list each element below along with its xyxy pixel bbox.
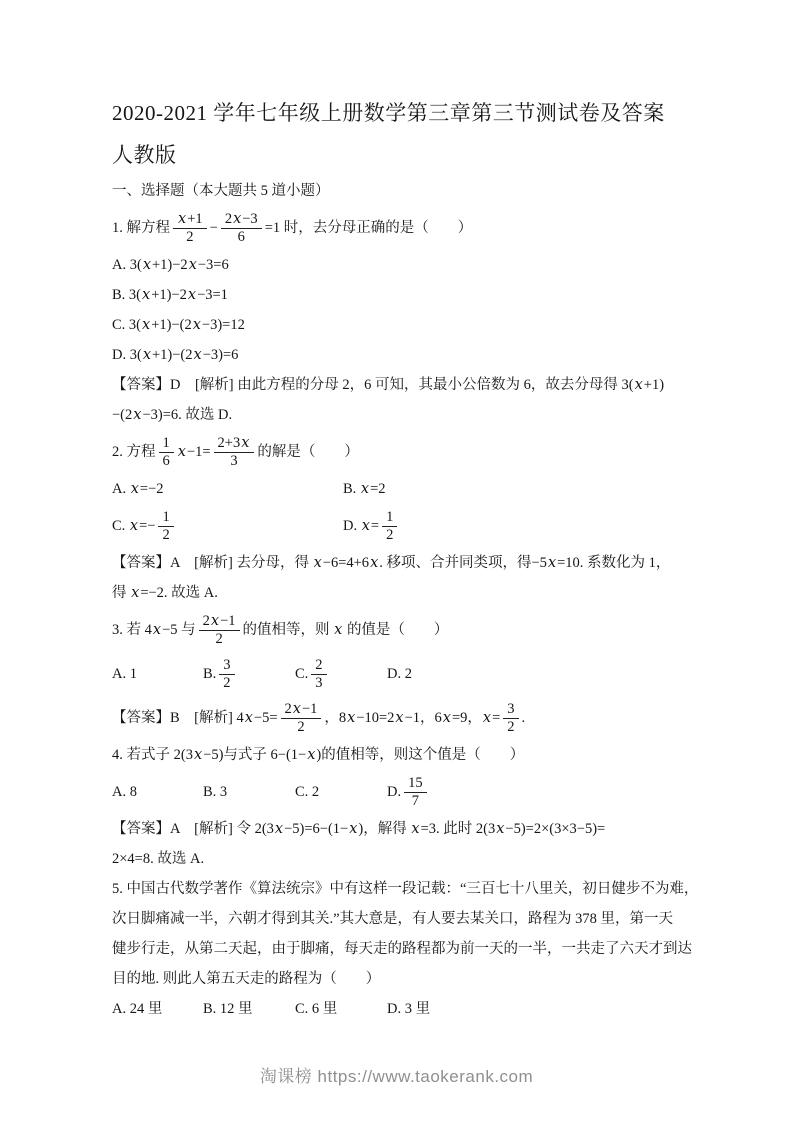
q2-option-d-text: D. x= xyxy=(343,511,379,541)
q3-option-b: B.32 xyxy=(203,657,295,692)
q1-answer-line-2: −(2x−3)=6. 故选 D. xyxy=(112,400,678,430)
q1-option-c: C. 3(x+1)−(2x−3)=12 xyxy=(112,310,678,340)
q3-option-d: D. 2 xyxy=(387,659,412,689)
fraction-numerator: 1 xyxy=(159,435,174,453)
q3-option-a: A. 1 xyxy=(112,659,203,689)
q1-option-d-text: D. 3(x+1)−(2x−3)=6 xyxy=(112,340,238,370)
q1-option-b: B. 3(x+1)−2x−3=1 xyxy=(112,280,678,310)
q5-option-a: A. 24 里 xyxy=(112,994,203,1024)
q4-answer-line-1: 【答案】A [解析] 令 2(3x−5)=6−(1−x)，解得 x=3. 此时 … xyxy=(112,814,678,844)
fraction: 2x−12 xyxy=(281,701,322,736)
q2-option-d: D. x=12 xyxy=(343,509,400,544)
q4-option-d-text: D. xyxy=(387,777,401,807)
q2-stem: 2. 方程16x−1=2+3x3的解是（ ） xyxy=(112,430,678,474)
q1-stem-pre: 1. 解方程 xyxy=(112,213,170,243)
q4-options-row: A. 8 B. 3 C. 2 D.157 xyxy=(112,770,678,814)
fraction-denominator: 3 xyxy=(226,453,241,470)
q2-option-c: C. x=−12 xyxy=(112,509,343,544)
fraction-denominator: 6 xyxy=(234,229,249,246)
fraction: 23 xyxy=(311,657,326,692)
q2-answer-text-2: 得 x=−2. 故选 A. xyxy=(112,578,218,608)
q5-option-b: B. 12 里 xyxy=(203,994,295,1024)
fraction-numerator: 1 xyxy=(158,509,173,527)
fraction-denominator: 2 xyxy=(503,719,518,736)
q5-text-line-2: 次日脚痛减一半，六朝才得到其关.”其大意是，有人要去某关口，路程为 378 里，… xyxy=(112,904,678,934)
q2-stem-mid: x−1= xyxy=(177,437,211,467)
q5-option-d: D. 3 里 xyxy=(387,994,430,1024)
fraction-denominator: 2 xyxy=(182,229,197,246)
fraction-numerator: 2x−1 xyxy=(199,613,240,631)
fraction: 157 xyxy=(404,775,427,810)
document-title: 2020-2021 学年七年级上册数学第三章第三节测试卷及答案 人教版 xyxy=(112,92,678,176)
fraction-denominator: 2 xyxy=(211,631,226,648)
q3-options-row: A. 1 B.32 C.23 D. 2 xyxy=(112,652,678,696)
q4-option-a-text: A. 8 xyxy=(112,777,137,807)
q3-stem: 3. 若 4x−5 与2x−12的值相等，则 x 的值是（ ） xyxy=(112,608,678,652)
q5-text-line-3: 健步行走，从第二天起，由于脚痛，每天走的路程都为前一天的一半，一共走了六天才到达 xyxy=(112,934,678,964)
fraction-numerator: x+1 xyxy=(173,211,207,229)
q2-option-a-text: A. x=−2 xyxy=(112,474,164,504)
q4-option-b: B. 3 xyxy=(203,777,295,807)
q2-option-a: A. x=−2 xyxy=(112,474,343,504)
fraction: 16 xyxy=(159,435,174,470)
fraction-numerator: 15 xyxy=(404,775,427,793)
fraction-numerator: 3 xyxy=(503,701,518,719)
fraction: 2x−12 xyxy=(199,613,240,648)
q1-stem-post: =1 时，去分母正确的是（ ） xyxy=(265,213,473,243)
footer-watermark-text: 淘课榜 https://www.taokerank.com xyxy=(260,1067,533,1086)
q4-answer-text-2: 2×4=8. 故选 A. xyxy=(112,844,204,874)
q1-answer-text-1: 【答案】D [解析] 由此方程的分母 2，6 可知，其最小公倍数为 6，故去分母… xyxy=(112,370,664,400)
q2-stem-pre: 2. 方程 xyxy=(112,437,156,467)
q1-stem-mid: − xyxy=(210,213,218,243)
q5-text-4: 目的地. 则此人第五天走的路程为（ ） xyxy=(112,964,380,994)
fraction: 32 xyxy=(503,701,518,736)
fraction-numerator: 1 xyxy=(382,509,397,527)
fraction-denominator: 7 xyxy=(408,793,423,810)
q4-option-c: C. 2 xyxy=(295,777,387,807)
q4-option-d: D.157 xyxy=(387,775,430,810)
q1-option-b-text: B. 3(x+1)−2x−3=1 xyxy=(112,280,228,310)
q4-option-b-text: B. 3 xyxy=(203,777,227,807)
fraction-denominator: 2 xyxy=(158,527,173,544)
q1-stem: 1. 解方程x+12−2x−36=1 时，去分母正确的是（ ） xyxy=(112,206,678,250)
q3-stem-pre: 3. 若 4x−5 与 xyxy=(112,615,196,645)
title-line-1: 2020-2021 学年七年级上册数学第三章第三节测试卷及答案 xyxy=(112,92,678,134)
fraction: 12 xyxy=(158,509,173,544)
q2-stem-post: 的解是（ ） xyxy=(257,437,359,467)
q4-stem: 4. 若式子 2(3x−5)与式子 6−(1−x)的值相等，则这个值是（ ） xyxy=(112,740,678,770)
q5-text-1: 5. 中国古代数学著作《算法统宗》中有这样一段记载：“三百七十八里关，初日健步不… xyxy=(112,874,698,904)
q2-option-b: B. x=2 xyxy=(343,474,386,504)
q2-options-row-1: A. x=−2 B. x=2 xyxy=(112,474,678,504)
q5-option-d-text: D. 3 里 xyxy=(387,994,430,1024)
q5-option-b-text: B. 12 里 xyxy=(203,994,253,1024)
q3-option-b-text: B. xyxy=(203,659,216,689)
document-content: 2020-2021 学年七年级上册数学第三章第三节测试卷及答案 人教版 一、选择… xyxy=(0,0,793,1024)
document-page: 2020-2021 学年七年级上册数学第三章第三节测试卷及答案 人教版 一、选择… xyxy=(0,0,793,1122)
fraction: 2x−36 xyxy=(221,211,262,246)
fraction: 32 xyxy=(219,657,234,692)
fraction: x+12 xyxy=(173,211,207,246)
fraction-numerator: 2x−3 xyxy=(221,211,262,229)
q3-option-c-text: C. xyxy=(295,659,308,689)
q4-option-c-text: C. 2 xyxy=(295,777,319,807)
q4-answer-text-1: 【答案】A [解析] 令 2(3x−5)=6−(1−x)，解得 x=3. 此时 … xyxy=(112,814,605,844)
q1-option-a: A. 3(x+1)−2x−3=6 xyxy=(112,250,678,280)
fraction-denominator: 3 xyxy=(311,675,326,692)
section-header: 一、选择题（本大题共 5 道小题） xyxy=(112,176,678,206)
fraction-denominator: 2 xyxy=(219,675,234,692)
page-footer: 淘课榜 https://www.taokerank.com xyxy=(0,1062,793,1087)
q5-text-2: 次日脚痛减一半，六朝才得到其关.”其大意是，有人要去某关口，路程为 378 里，… xyxy=(112,904,673,934)
title-line-2: 人教版 xyxy=(112,134,678,176)
q3-answer-mid: ，8x−10=2x−1，6x=9，x= xyxy=(324,703,500,733)
fraction-denominator: 2 xyxy=(293,719,308,736)
q4-answer-line-2: 2×4=8. 故选 A. xyxy=(112,844,678,874)
q5-text-line-1: 5. 中国古代数学著作《算法统宗》中有这样一段记载：“三百七十八里关，初日健步不… xyxy=(112,874,678,904)
q3-answer-tail: . xyxy=(522,703,526,733)
q2-option-c-text: C. x=− xyxy=(112,511,155,541)
q1-option-c-text: C. 3(x+1)−(2x−3)=12 xyxy=(112,310,245,340)
q1-option-a-text: A. 3(x+1)−2x−3=6 xyxy=(112,250,229,280)
q1-answer-text-2: −(2x−3)=6. 故选 D. xyxy=(112,400,232,430)
q4-option-a: A. 8 xyxy=(112,777,203,807)
q2-answer-text-1: 【答案】A [解析] 去分母，得 x−6=4+6x. 移项、合并同类项，得−5x… xyxy=(112,548,670,578)
fraction-numerator: 2 xyxy=(311,657,326,675)
fraction-denominator: 6 xyxy=(159,453,174,470)
q5-options-row: A. 24 里 B. 12 里 C. 6 里 D. 3 里 xyxy=(112,994,678,1024)
q3-answer-pre: 【答案】B [解析] 4x−5= xyxy=(112,703,278,733)
fraction-numerator: 2+3x xyxy=(214,435,255,453)
q5-option-a-text: A. 24 里 xyxy=(112,994,162,1024)
fraction-numerator: 3 xyxy=(219,657,234,675)
q4-stem-text: 4. 若式子 2(3x−5)与式子 6−(1−x)的值相等，则这个值是（ ） xyxy=(112,740,524,770)
fraction: 2+3x3 xyxy=(214,435,255,470)
q5-text-line-4: 目的地. 则此人第五天走的路程为（ ） xyxy=(112,964,678,994)
q3-option-d-text: D. 2 xyxy=(387,659,412,689)
fraction-denominator: 2 xyxy=(382,527,397,544)
fraction: 12 xyxy=(382,509,397,544)
q3-option-a-text: A. 1 xyxy=(112,659,137,689)
q2-answer-line-2: 得 x=−2. 故选 A. xyxy=(112,578,678,608)
q5-text-3: 健步行走，从第二天起，由于脚痛，每天走的路程都为前一天的一半，一共走了六天才到达 xyxy=(112,934,692,964)
q5-option-c: C. 6 里 xyxy=(295,994,387,1024)
q5-option-c-text: C. 6 里 xyxy=(295,994,337,1024)
q3-option-c: C.23 xyxy=(295,657,387,692)
q3-answer-line: 【答案】B [解析] 4x−5=2x−12，8x−10=2x−1，6x=9，x=… xyxy=(112,696,678,740)
q2-options-row-2: C. x=−12 D. x=12 xyxy=(112,504,678,548)
fraction-numerator: 2x−1 xyxy=(281,701,322,719)
q3-stem-post: 的值相等，则 x 的值是（ ） xyxy=(243,615,449,645)
q2-option-b-text: B. x=2 xyxy=(343,474,386,504)
q1-option-d: D. 3(x+1)−(2x−3)=6 xyxy=(112,340,678,370)
q2-answer-line-1: 【答案】A [解析] 去分母，得 x−6=4+6x. 移项、合并同类项，得−5x… xyxy=(112,548,678,578)
q1-answer-line-1: 【答案】D [解析] 由此方程的分母 2，6 可知，其最小公倍数为 6，故去分母… xyxy=(112,370,678,400)
